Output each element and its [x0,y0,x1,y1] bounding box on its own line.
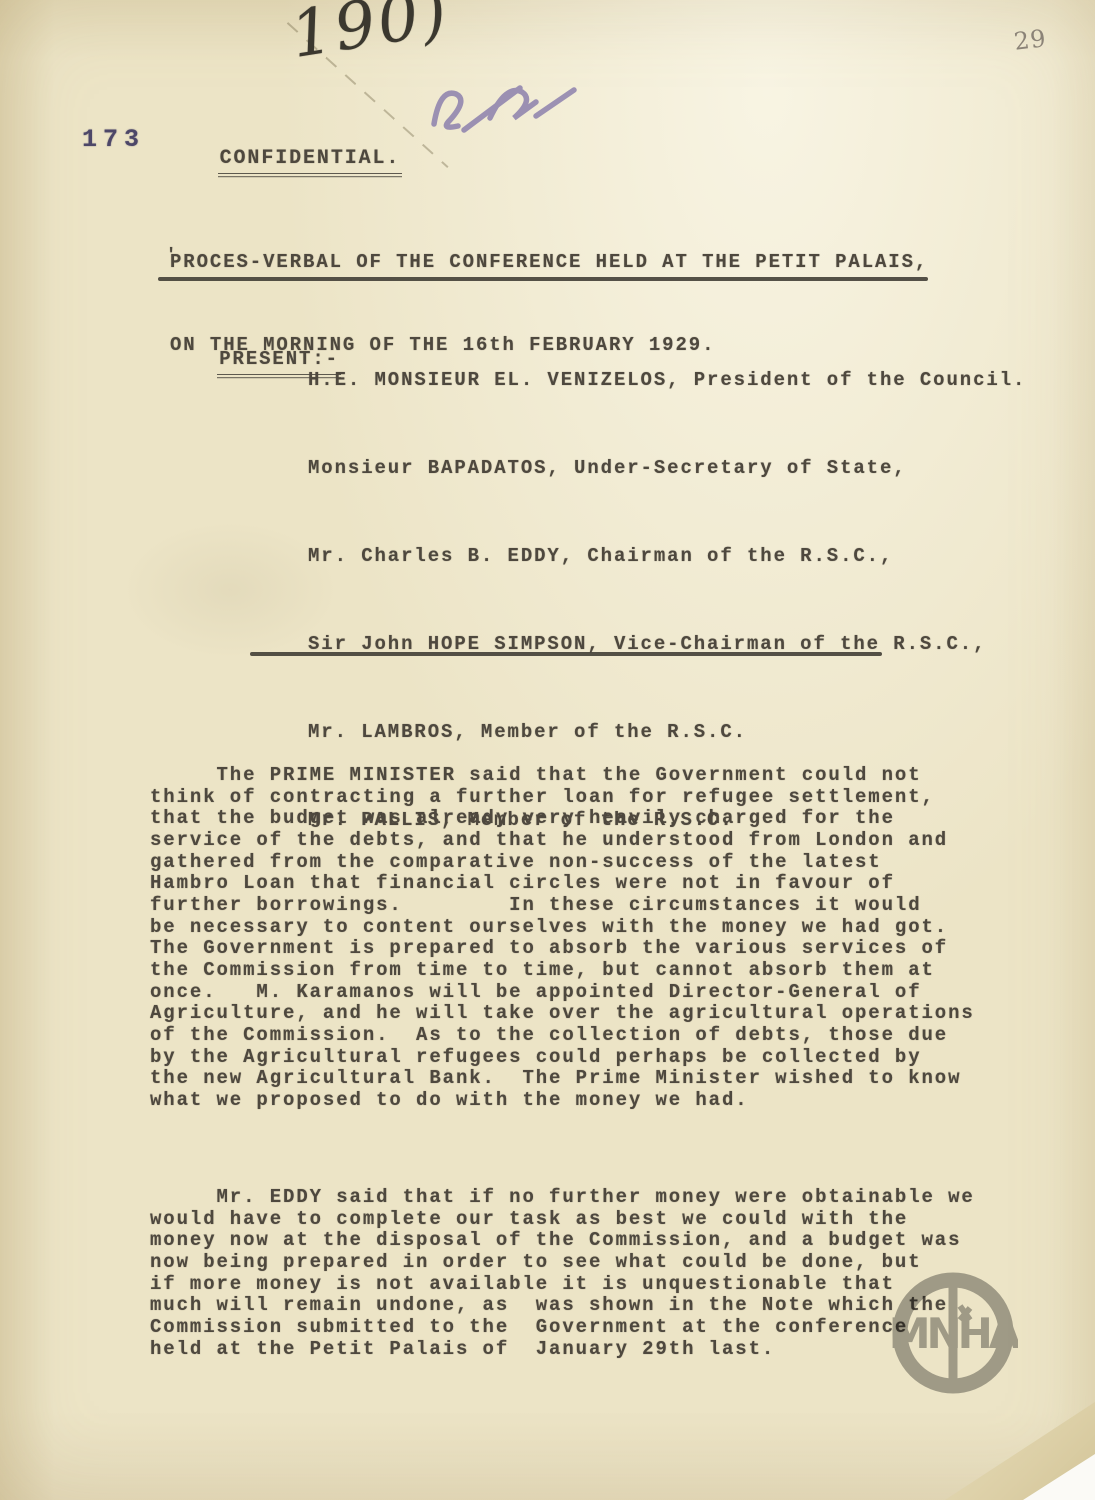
horizontal-rule-top [158,277,928,281]
archive-monogram-watermark: MNHA [888,1268,1018,1398]
stray-mark: ' [166,245,178,267]
folio-number-stamp: 173 [82,125,145,154]
classification-heading: CONFIDENTIAL. [164,126,400,192]
attendee-line: Mr. LAMBROS, Member of the R.S.C. [308,722,1026,743]
scanned-document-page: 190) 29 173 CONFIDENTIAL. PROCES-VERBAL … [0,0,1095,1500]
paragraph-mr-eddy: Mr. EDDY said that if no further money w… [150,1187,975,1360]
classification-label: CONFIDENTIAL. [220,148,401,171]
pencil-page-number: 29 [1012,24,1048,56]
handwritten-number: 190) [286,0,455,73]
title-line-1: PROCES-VERBAL OF THE CONFERENCE HELD AT … [170,249,928,277]
paragraph-prime-minister: The PRIME MINISTER said that the Governm… [150,765,975,1112]
bleed-through-ghost [120,520,340,660]
horizontal-rule-middle [250,652,882,656]
attendee-line: Mr. Charles B. EDDY, Chairman of the R.S… [308,546,1026,567]
watermark-letters: MNHA [889,1309,1018,1358]
purple-scribble-annotation [424,76,584,148]
attendee-line: Monsieur BAPADATOS, Under-Secretary of S… [308,458,1026,479]
attendee-line: H.E. MONSIEUR EL. VENIZELOS, President o… [308,370,1026,391]
